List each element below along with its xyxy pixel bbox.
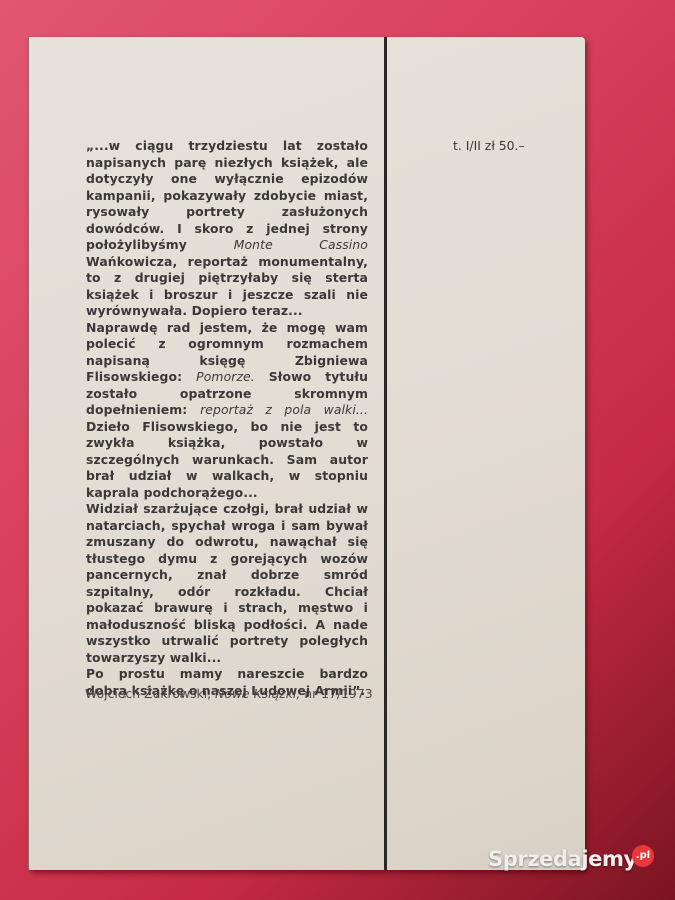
review-source: Wojciech Żukrowski, Nowe Książki, nr 17/… [85, 686, 385, 701]
source-author: Wojciech Żukrowski, [85, 686, 215, 701]
book-back-cover: „...w ciągu trzydziestu lat zostało napi… [29, 37, 585, 870]
watermark-pl-badge-icon: .pl [632, 845, 654, 867]
blurb-paragraph: Widział szarżujące czołgi, brał udział w… [86, 501, 368, 666]
blurb-paragraph: „...w ciągu trzydziestu lat zostało napi… [86, 138, 368, 320]
vertical-divider-rule [384, 37, 387, 870]
price-label: t. I/II zł 50.– [453, 138, 525, 153]
blurb-paragraph: Naprawdę rad jestem, że mogę wam polecić… [86, 320, 368, 502]
blurb-text: „...w ciągu trzydziestu lat zostało napi… [86, 138, 368, 699]
watermark-logo-text: Sprzedajemy [488, 847, 637, 871]
source-issue: nr 17/1973 [300, 686, 372, 701]
source-publication: Nowe Książki, [215, 686, 300, 701]
